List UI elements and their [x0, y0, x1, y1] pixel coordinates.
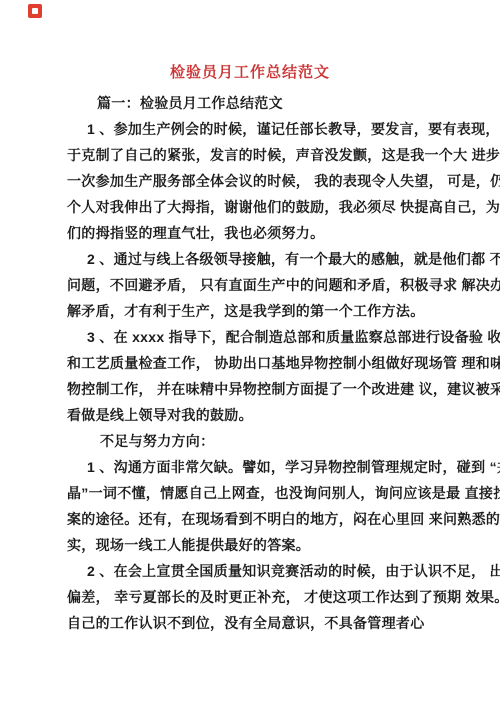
text-line: 偏差， 幸亏夏部长的及时更正补充， 才使这项工作达到了预期 效果。我对 — [67, 584, 437, 610]
document-page: 检验员月工作总结范文 篇一：检验员月工作总结范文 1 、参加生产例会的时候，谨记… — [0, 0, 500, 708]
text-line: 个人对我伸出了大拇指，谢谢他们的鼓励，我必须尽 快提高自己，为了让他 — [67, 194, 437, 220]
text-line: 晶”一词不懂，情愿自己上网查，也没询问别人，询问应该是最 直接找到答 — [67, 480, 437, 506]
text-line: 看做是线上领导对我的鼓励。 — [67, 402, 437, 428]
text-line: 实，现场一线工人能提供最好的答案。 — [67, 532, 437, 558]
document-body: 篇一：检验员月工作总结范文 1 、参加生产例会的时候，谨记任部长教导，要发言，要… — [67, 90, 437, 636]
text-line: 问题，不回避矛盾， 只有直面生产中的问题和矛盾，积极寻求 解决办法，化 — [67, 272, 437, 298]
text-line: 和工艺质量检查工作， 协助出口基地异物控制小组做好现场管 理和味精中异 — [67, 350, 437, 376]
text-line-paragraph: 1 、参加生产例会的时候，谨记任部长教导，要发言，要有表现， 我终 — [67, 116, 437, 142]
text-line: 解矛盾，才有利于生产，这是我学到的第一个工作方法。 — [67, 298, 437, 324]
text-line: 们的拇指竖的理直气壮，我也必须努力。 — [67, 220, 437, 246]
text-line-paragraph: 2 、通过与线上各级领导接触，有一个最大的感触，就是他们都 不回避 — [67, 246, 437, 272]
red-stamp-icon — [28, 4, 42, 18]
text-line-paragraph: 2 、在会上宣贯全国质量知识竞赛活动的时候，由于认识不足， 出现了 — [67, 558, 437, 584]
text-line: 案的途径。还有，在现场看到不明白的地方，闷在心里回 来问熟悉的人，其 — [67, 506, 437, 532]
text-line: 一次参加生产服务部全体会议的时候， 我的表现令人失望， 可是，仍然有两 — [67, 168, 437, 194]
text-line-paragraph: 1 、沟通方面非常欠缺。譬如，学习异物控制管理规定时，碰到 “并 — [67, 454, 437, 480]
document-title: 检验员月工作总结范文 — [0, 60, 500, 86]
text-line: 自己的工作认识不到位，没有全局意识，不具备管理者心 — [67, 610, 437, 636]
text-line: 于克制了自己的紧张，发言的时候，声音没发颤，这是我一个大 进步。在第 — [67, 142, 437, 168]
section-heading: 篇一：检验员月工作总结范文 — [67, 90, 437, 116]
text-line-paragraph: 3 、在 xxxx 指导下，配合制造总部和质量监察总部进行设备验 收工作 — [67, 324, 437, 350]
subsection-heading: 不足与努力方向： — [67, 428, 437, 454]
text-line: 物控制工作， 并在味精中异物控制方面提了一个改进建 议，建议被采纳，我 — [67, 376, 437, 402]
